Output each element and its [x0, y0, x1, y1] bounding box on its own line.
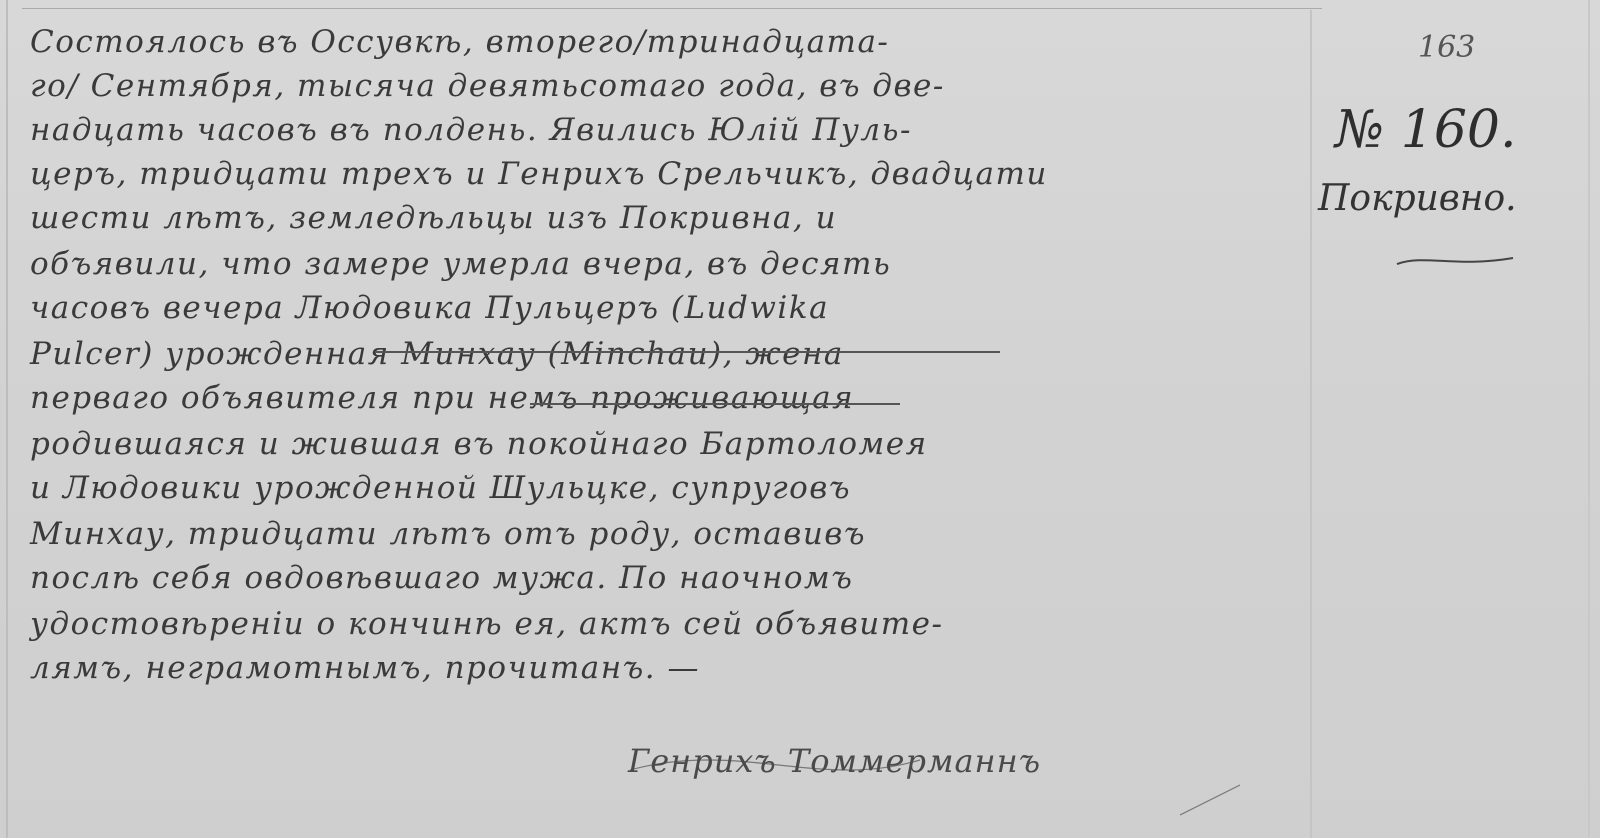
record-number: № 160.: [1335, 100, 1517, 160]
page-number: 163: [1418, 30, 1475, 65]
flourish-icon: [1395, 250, 1515, 270]
registrar-signature: Генрихъ Томмерманнъ: [628, 742, 1041, 780]
place-name: Покривно.: [1318, 178, 1517, 219]
register-page: Состоялось въ Оссувкѣ, вторего/тринадцат…: [0, 0, 1600, 838]
